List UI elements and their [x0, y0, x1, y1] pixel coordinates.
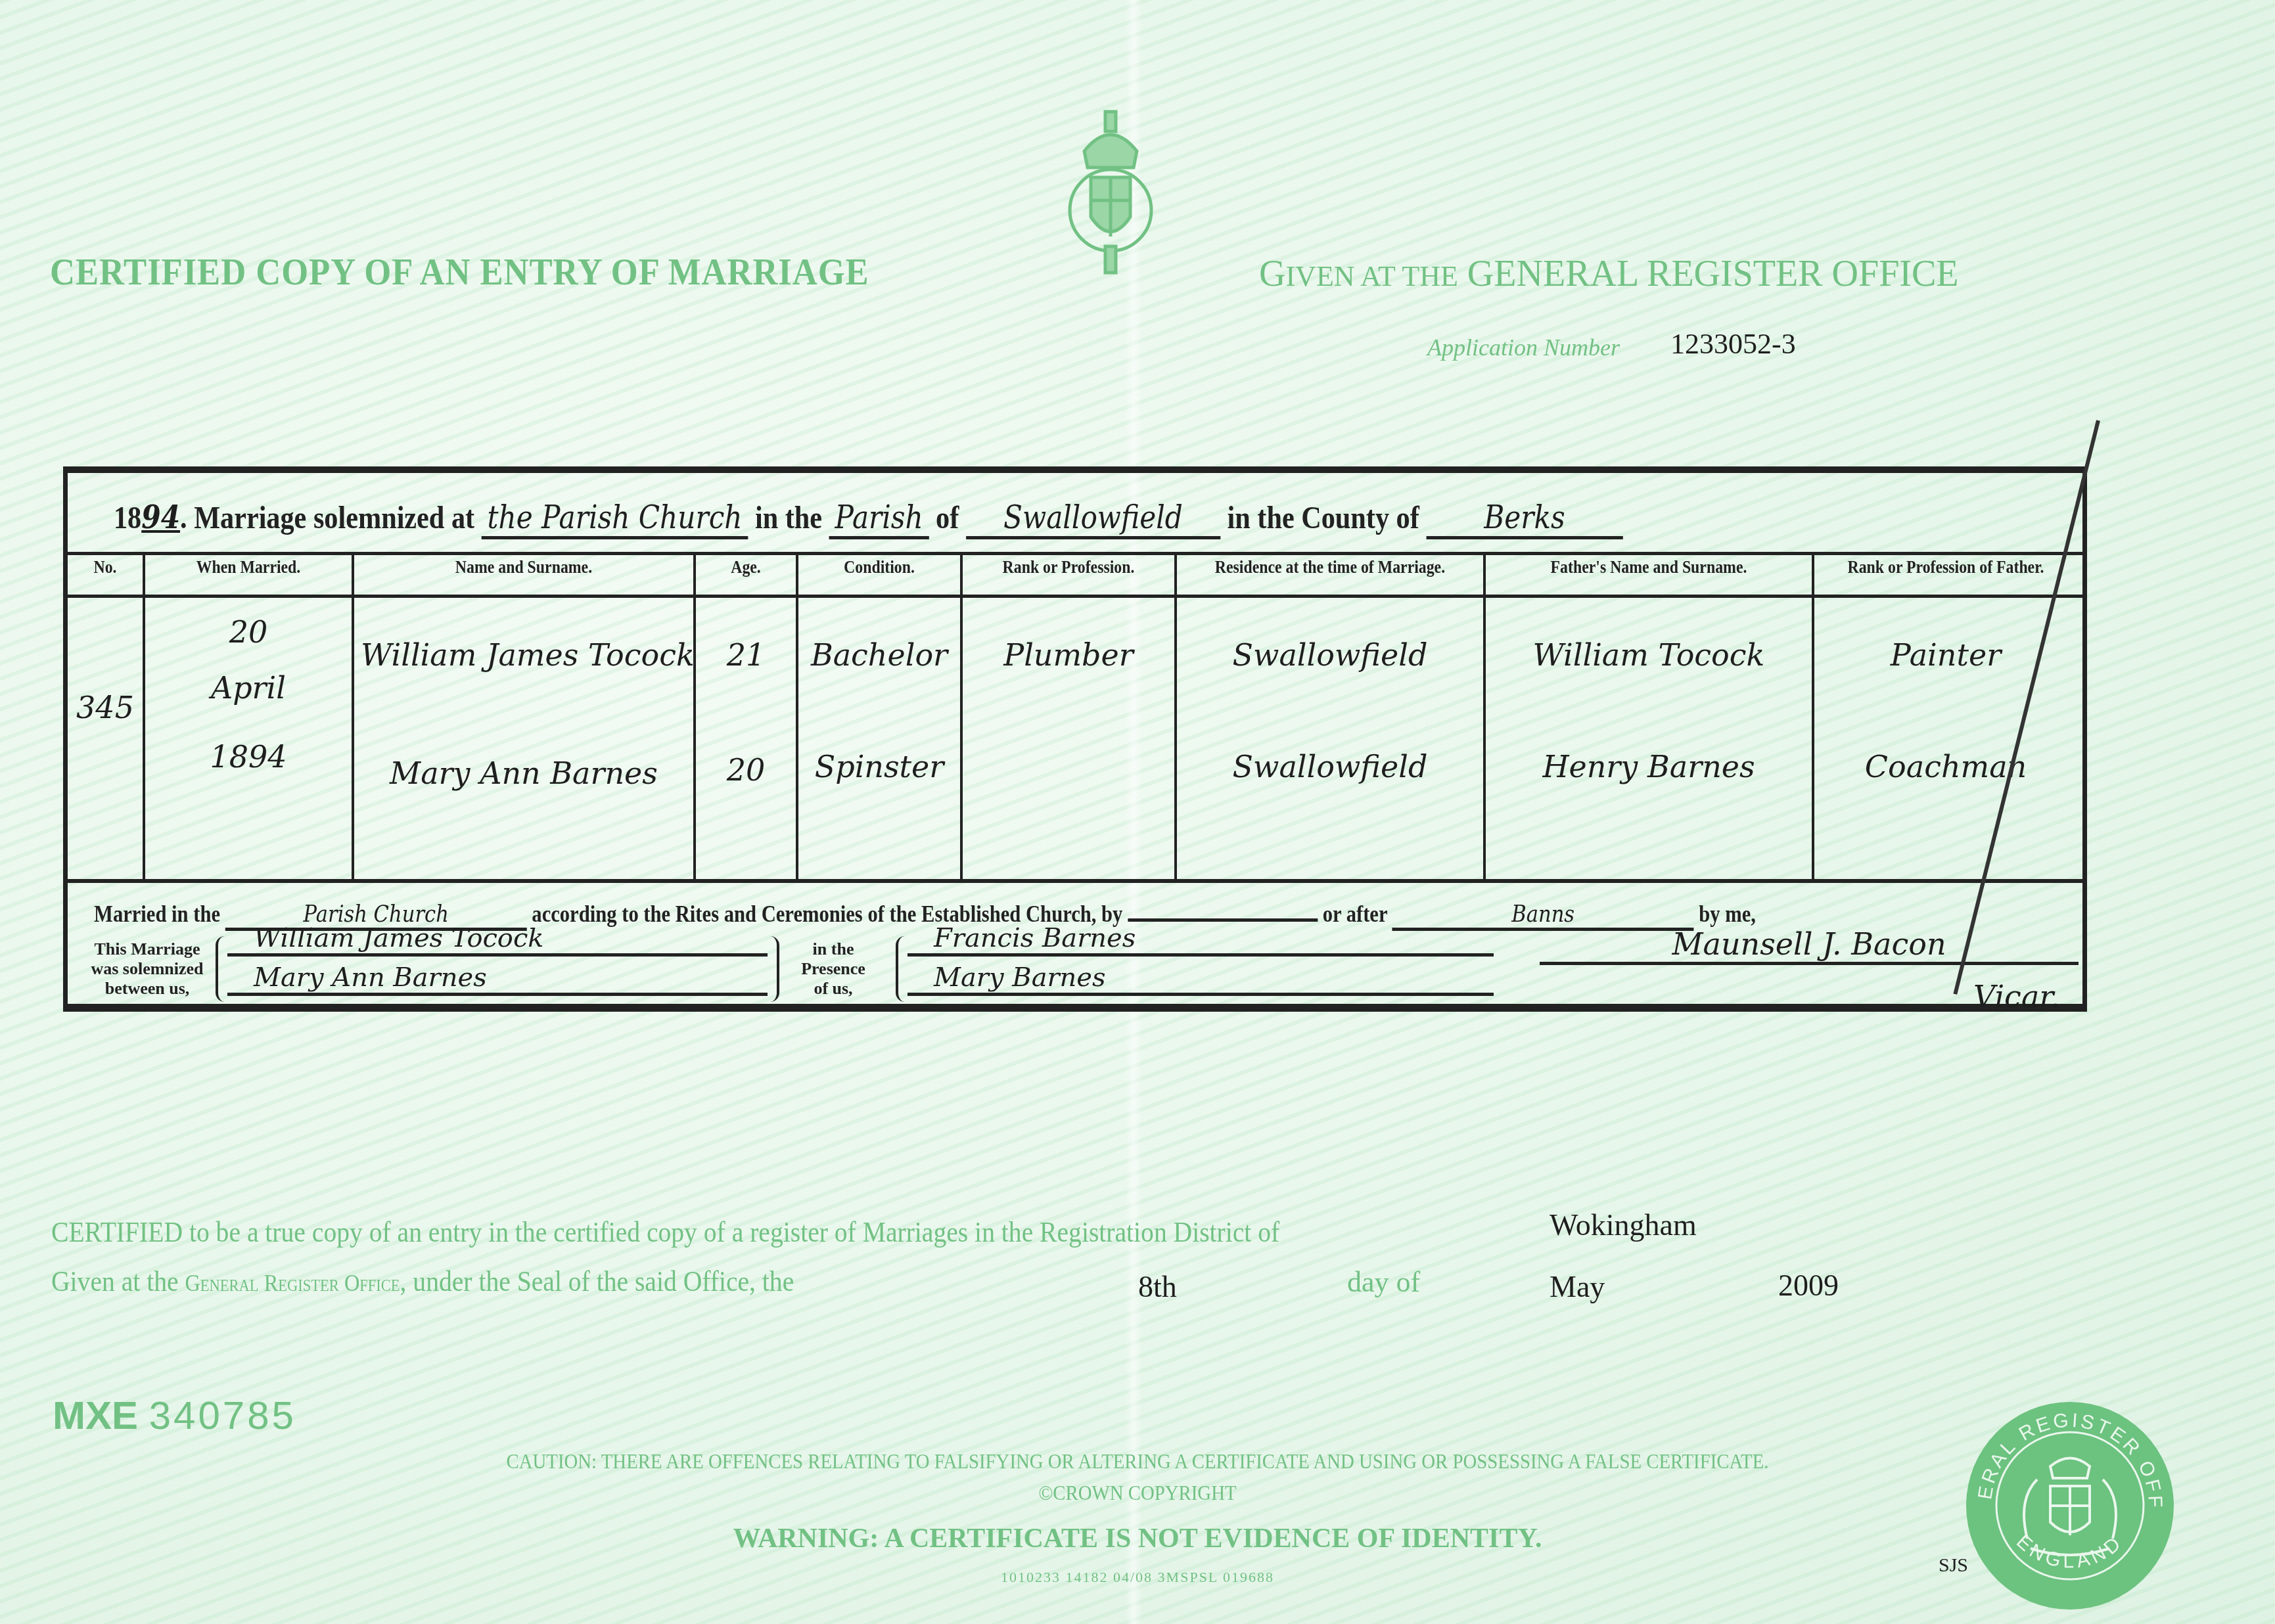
- register-year-suffix: 94: [141, 499, 180, 536]
- officiant-signature: Maunsell J. Bacon: [1540, 926, 2079, 965]
- register-entry: 1894. Marriage solemnized at the Parish …: [63, 466, 2087, 1012]
- groom-father-name: William Tocock: [1492, 637, 1805, 673]
- groom-condition: Bachelor: [805, 637, 954, 673]
- groom-profession: Plumber: [969, 637, 1168, 673]
- witness-1-signature: Francis Barnes: [908, 923, 1494, 957]
- groom-age: 21: [702, 637, 789, 673]
- witness-2-signature: Mary Barnes: [908, 962, 1494, 996]
- issuing-office-heading: GIVEN AT THE GENERAL REGISTER OFFICE: [1259, 253, 1959, 295]
- bride-age: 20: [702, 752, 789, 788]
- presence-label: in the Presence of us,: [797, 939, 869, 999]
- between-us-label: This Marriage was solemnized between us,: [85, 939, 210, 999]
- general-register-office-seal-icon: GENERAL REGISTER OFFICE ENGLAND: [1965, 1401, 2175, 1611]
- married-day: 20: [152, 614, 345, 650]
- certificate-title: CERTIFIED COPY OF AN ENTRY OF MARRIAGE: [50, 252, 869, 294]
- column-profession: Rank or Profession. Plumber: [963, 552, 1177, 880]
- certificate-serial: MXE 340785: [53, 1393, 296, 1438]
- caution-notice: CAUTION: THERE ARE OFFENCES RELATING TO …: [0, 1445, 2275, 1508]
- entry-number: 345: [74, 690, 136, 725]
- column-when-married: When Married. 20 April 1894: [145, 552, 354, 880]
- application-number-label: Application Number: [1427, 334, 1620, 361]
- issue-year: 2009: [1778, 1268, 1839, 1303]
- groom-name: William James Tocock: [361, 637, 687, 673]
- groom-residence: Swallowfield: [1183, 637, 1477, 673]
- column-age: Age. 21 20: [696, 552, 798, 880]
- issue-month: May: [1550, 1269, 1605, 1304]
- parish-name: Swallowfield: [966, 499, 1220, 539]
- column-name: Name and Surname. William James Tocock M…: [354, 552, 696, 880]
- couple-signatures: William James Tocock Mary Ann Barnes: [216, 936, 779, 1002]
- parish-type: Parish: [829, 499, 929, 539]
- identity-warning: WARNING: A CERTIFICATE IS NOT EVIDENCE O…: [0, 1523, 2275, 1554]
- married-year: 1894: [152, 739, 345, 775]
- bride-father-profession: Coachman: [1821, 749, 2071, 784]
- bride-signature: Mary Ann Barnes: [227, 962, 768, 996]
- column-condition: Condition. Bachelor Spinster: [798, 552, 963, 880]
- officiant-title: Vicar.: [1973, 979, 2060, 1014]
- certification-line-2: Given at the General Register Office, un…: [51, 1265, 794, 1298]
- column-residence: Residence at the time of Marriage. Swall…: [1177, 552, 1486, 880]
- registration-district: Wokingham: [1550, 1207, 1697, 1242]
- groom-father-profession: Painter: [1821, 637, 2071, 673]
- column-no: No. 345: [68, 552, 145, 880]
- column-father-profession: Rank or Profession of Father. Painter Co…: [1814, 552, 2077, 880]
- print-code: 1010233 14182 04/08 3MSPSL 019688: [0, 1569, 2275, 1586]
- register-heading-line: 1894. Marriage solemnized at the Parish …: [114, 499, 1623, 539]
- married-month: April: [152, 670, 345, 706]
- royal-crest-icon: [1065, 105, 1157, 282]
- witness-signatures: Francis Barnes Mary Barnes: [896, 936, 1503, 1002]
- register-divider: [68, 879, 2082, 883]
- day-of-label: day of: [1347, 1265, 1420, 1299]
- column-father-name: Father's Name and Surname. William Tococ…: [1486, 552, 1814, 880]
- bride-father-name: Henry Barnes: [1492, 749, 1805, 784]
- issue-day: 8th: [1138, 1269, 1177, 1304]
- application-number: 1233052-3: [1670, 327, 1796, 361]
- county-name: Berks: [1426, 499, 1622, 539]
- bride-condition: Spinster: [805, 749, 954, 784]
- bride-residence: Swallowfield: [1183, 749, 1477, 784]
- solemnized-place: the Parish Church: [482, 499, 748, 539]
- by-licence-field: [1128, 918, 1318, 922]
- issuer-initials: SJS: [1939, 1554, 1968, 1577]
- bride-name: Mary Ann Barnes: [361, 756, 687, 791]
- certification-line-1: CERTIFIED to be a true copy of an entry …: [51, 1215, 1279, 1249]
- groom-signature: William James Tocock: [227, 923, 768, 957]
